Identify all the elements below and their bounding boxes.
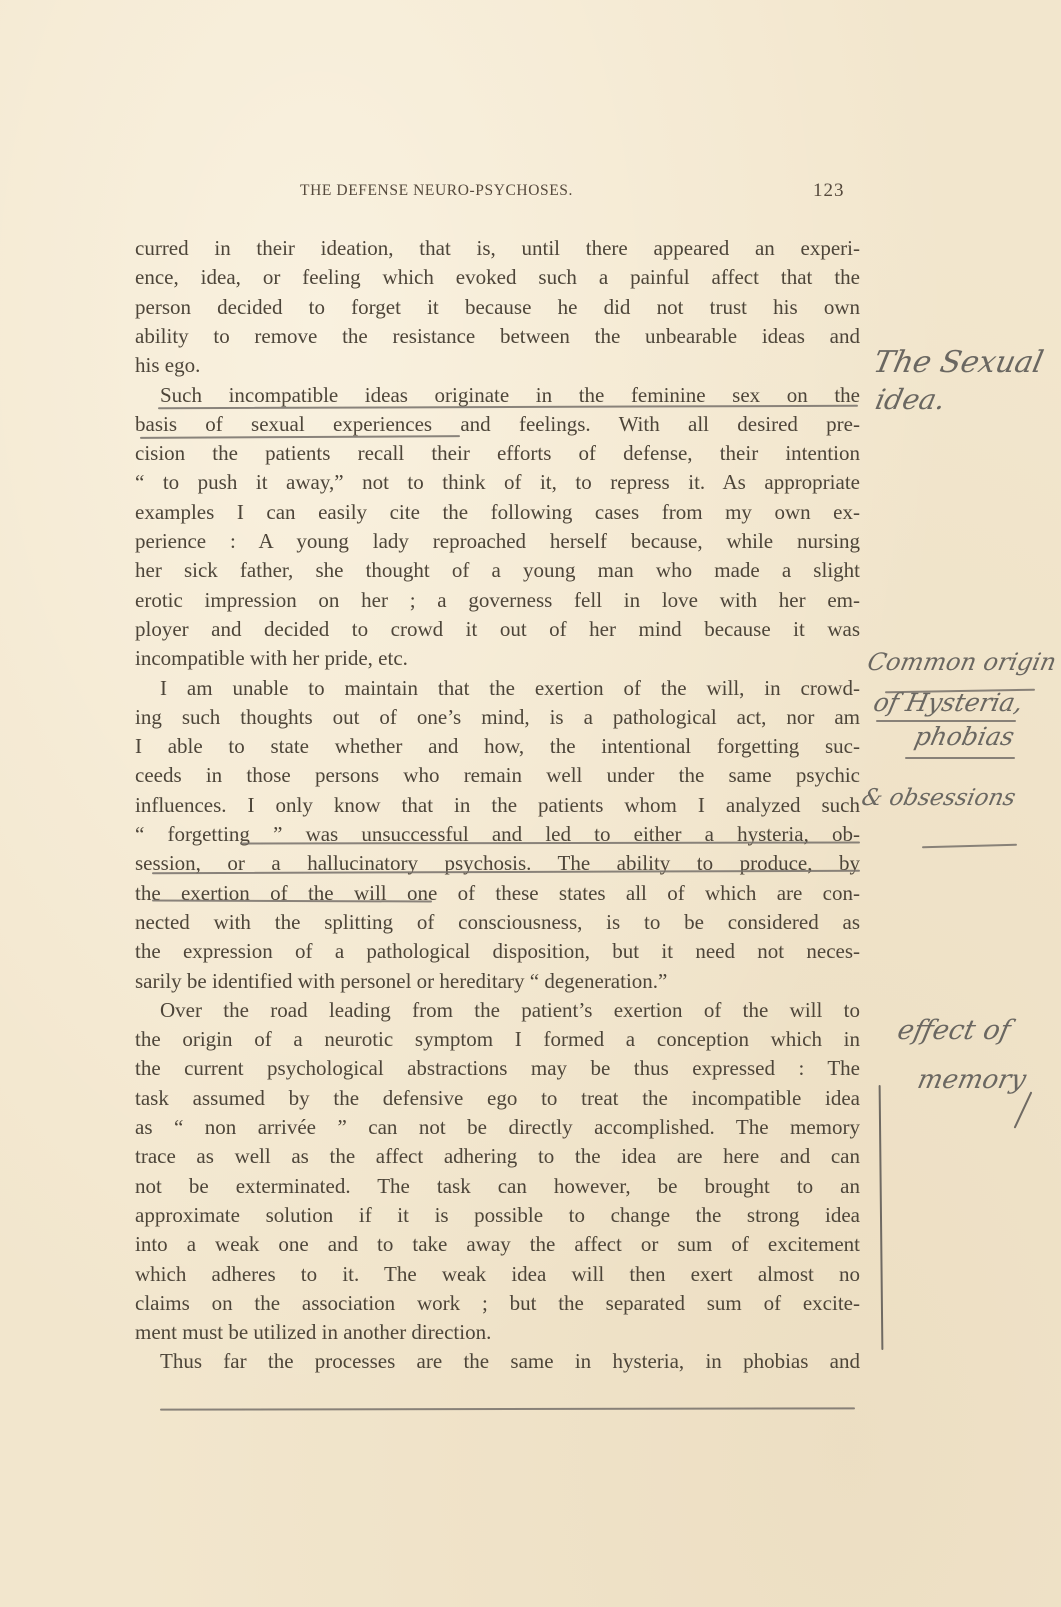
text-line: “ to push it away,” not to think of it, … (135, 467, 860, 497)
text-line: her sick father, she thought of a young … (135, 555, 860, 585)
text-line: nected with the splitting of consciousne… (135, 907, 860, 937)
text-line: task assumed by the defensive ego to tre… (135, 1083, 860, 1113)
text-line: incompatible with her pride, etc. (135, 643, 860, 673)
text-line: approximate solution if it is possible t… (135, 1200, 860, 1230)
text-line: sarily be identified with personel or he… (135, 966, 860, 996)
text-line: ence, idea, or feeling which evoked such… (135, 262, 860, 292)
text-line: claims on the association work ; but the… (135, 1288, 860, 1318)
text-line: ceeds in those persons who remain well u… (135, 760, 860, 790)
text-line: person decided to forget it because he d… (135, 292, 860, 322)
margin-note: effect of (895, 1015, 1013, 1046)
text-line: which adheres to it. The weak idea will … (135, 1259, 860, 1289)
margin-note: idea. (872, 383, 948, 416)
running-title: THE DEFENSE NEURO-PSYCHOSES. (300, 182, 573, 200)
text-line: his ego. (135, 350, 860, 380)
text-line: as “ non arrivée ” can not be directly a… (135, 1112, 860, 1142)
text-line: trace as well as the affect adhering to … (135, 1141, 860, 1171)
margin-note: memory (915, 1065, 1029, 1095)
margin-note: & obsessions (859, 785, 1018, 811)
text-line: ment must be utilized in another directi… (135, 1317, 860, 1347)
page-number: 123 (813, 180, 845, 202)
text-line: cision the patients recall their efforts… (135, 438, 860, 468)
text-line: the expression of a pathological disposi… (135, 936, 860, 966)
text-line: the exertion of the will one of these st… (135, 878, 860, 908)
pencil-underline (905, 757, 1015, 759)
text-line: ing such thoughts out of one’s mind, is … (135, 702, 860, 732)
paragraph-start: Thus far the processes are the same in h… (160, 1346, 860, 1376)
text-line: I able to state whether and how, the int… (135, 731, 860, 761)
margin-note: of Hysteria, (871, 688, 1026, 717)
text-line: perience : A young lady reproached herse… (135, 526, 860, 556)
text-line: into a weak one and to take away the aff… (135, 1229, 860, 1259)
text-line: examples I can easily cite the following… (135, 497, 860, 527)
text-line: ability to remove the resistance between… (135, 321, 860, 351)
text-line: curred in their ideation, that is, until… (135, 233, 860, 263)
paragraph-start: I am unable to maintain that the exertio… (160, 673, 860, 703)
text-line: not be exterminated. The task can howeve… (135, 1171, 860, 1201)
margin-note: The Sexual (870, 345, 1046, 380)
text-line: the current psychological abstractions m… (135, 1053, 860, 1083)
margin-note: phobias (912, 722, 1017, 751)
margin-note: Common origin (865, 648, 1059, 676)
text-line: influences. I only know that in the pati… (135, 790, 860, 820)
text-line: the origin of a neurotic symptom I forme… (135, 1024, 860, 1054)
paragraph-start: Over the road leading from the patient’s… (160, 995, 860, 1025)
text-line: erotic impression on her ; a governess f… (135, 585, 860, 615)
text-line: basis of sexual experiences and feelings… (135, 409, 860, 439)
text-line: ployer and decided to crowd it out of he… (135, 614, 860, 644)
